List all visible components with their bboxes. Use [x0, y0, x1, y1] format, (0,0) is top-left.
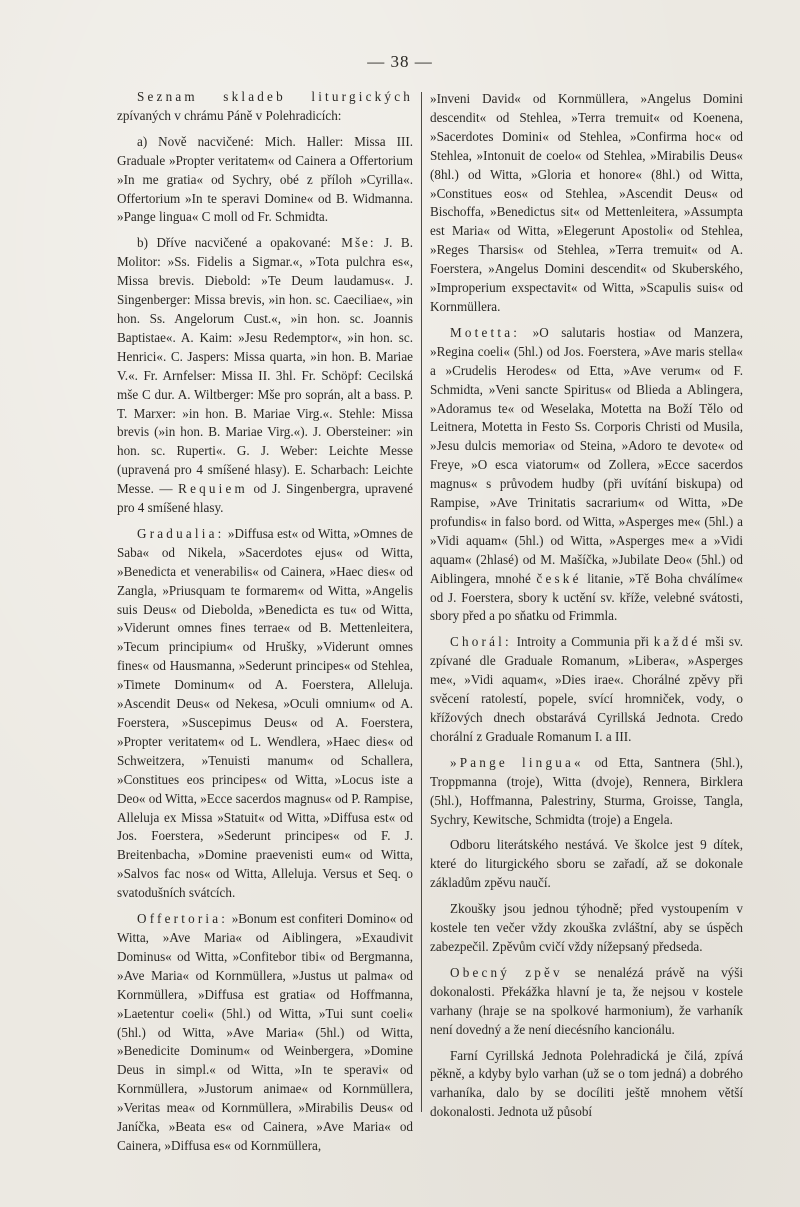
choral-paragraph: Chorál: Introity a Communia při každé mš… [430, 633, 743, 746]
intro-paragraph: Seznam skladeb liturgických zpívaných v … [117, 88, 413, 126]
intro-heading-rest: zpívaných v chrámu Páně v Polehradicích: [117, 108, 341, 123]
gradualia-paragraph: Gradualia: »Diffusa est« od Witta, »Omne… [117, 525, 413, 903]
intro-heading-spaced: Seznam skladeb liturgických [137, 89, 413, 104]
requiem-label: Requiem [178, 481, 248, 496]
section-a-paragraph: a) Nově nacvičené: Mich. Haller: Missa I… [117, 133, 413, 228]
choral-text-a: Introity a Communia při [512, 634, 654, 649]
section-b-text: J. B. Molitor: »Ss. Fidelis a Sigmar.«, … [117, 235, 413, 496]
offertoria-continued-text: »Inveni David« od Kornmüllera, »Angelus … [430, 91, 743, 314]
pange-lingua-paragraph: »Pange lingua« od Etta, Santnera (5hl.),… [430, 754, 743, 830]
document-page: — 38 — Seznam skladeb liturgických zpíva… [0, 0, 800, 1207]
choral-label: Chorál: [450, 634, 512, 649]
gradualia-text: »Diffusa est« od Witta, »Omnes de Saba« … [117, 526, 413, 900]
offertoria-text: »Bonum est confiteri Domino« od Witta, »… [117, 911, 413, 1153]
motetta-label: Motetta: [450, 325, 520, 340]
odbor-paragraph: Odboru literátského nestává. Ve školce j… [430, 836, 743, 893]
gradualia-label: Gradualia: [137, 526, 224, 541]
section-b-label: b) Dříve nacvičené a opakované: [137, 235, 331, 250]
choral-kazde: každé [654, 634, 701, 649]
offertoria-label: Offertoria: [137, 911, 228, 926]
offertoria-paragraph: Offertoria: »Bonum est confiteri Domino«… [117, 910, 413, 1156]
motetta-ceske: české [536, 571, 581, 586]
zkousky-paragraph: Zkoušky jsou jednou týhodně; před vystou… [430, 900, 743, 957]
farni-jednota-paragraph: Farní Cyrillská Jednota Polehradická je … [430, 1047, 743, 1123]
obecny-zpev-paragraph: Obecný zpěv se nenalézá právě na výši do… [430, 964, 743, 1040]
section-a-label: a) Nově nacvičené: [137, 134, 254, 149]
right-column: »Inveni David« od Kornmüllera, »Angelus … [430, 90, 743, 1129]
obecny-zpev-label: Obecný zpěv [450, 965, 563, 980]
motetta-text: »O salutaris hostia« od Manzera, »Regina… [430, 325, 743, 586]
section-b-mse: Mše: [331, 235, 376, 250]
choral-text-b: mši sv. zpívané dle Graduale Romanum, »L… [430, 634, 743, 744]
offertoria-continued-paragraph: »Inveni David« od Kornmüllera, »Angelus … [430, 90, 743, 317]
motetta-paragraph: Motetta: »O salutaris hostia« od Manzera… [430, 324, 743, 627]
left-column: Seznam skladeb liturgických zpívaných v … [117, 88, 413, 1163]
page-number: — 38 — [0, 52, 800, 72]
pange-lingua-label: »Pange lingua« [450, 755, 584, 770]
column-divider [421, 92, 422, 1112]
section-b-paragraph: b) Dříve nacvičené a opakované: Mše: J. … [117, 234, 413, 518]
